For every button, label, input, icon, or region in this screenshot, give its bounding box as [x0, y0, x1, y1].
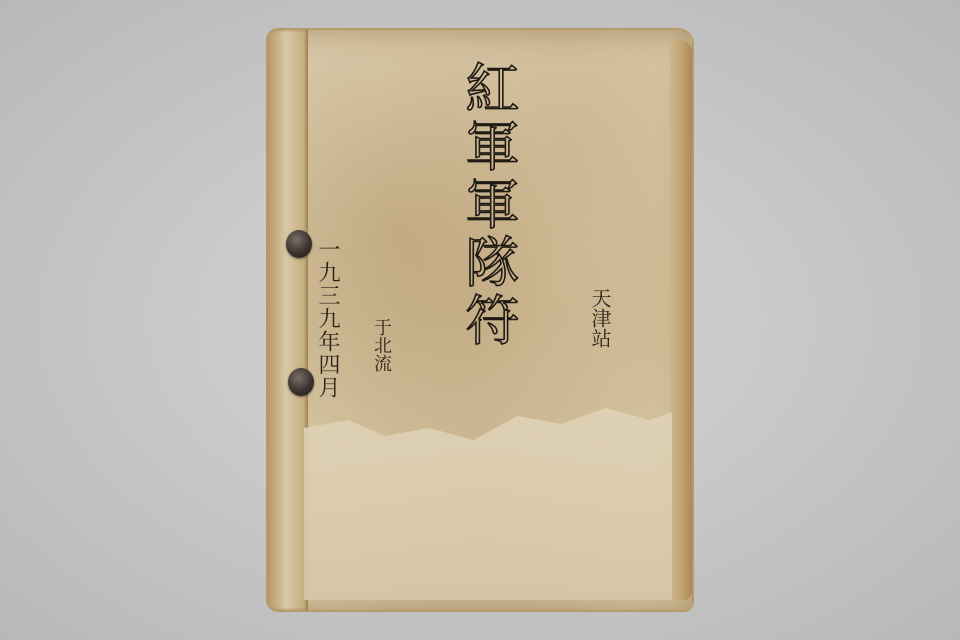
station-column: 天津站 — [586, 288, 615, 348]
rivet-bottom — [288, 368, 314, 396]
rivet-top — [286, 230, 312, 258]
place-column: 于北流 — [368, 318, 394, 372]
cover-title: 紅軍軍隊符 — [450, 60, 527, 350]
booklet-spine — [268, 30, 308, 610]
booklet-cover: 紅軍軍隊符 一九三九年四月 于北流 天津站 — [268, 30, 692, 610]
booklet-right-edge — [670, 40, 692, 600]
date-column: 一九三九年四月 — [312, 238, 343, 399]
torn-lower-paper — [304, 400, 672, 600]
